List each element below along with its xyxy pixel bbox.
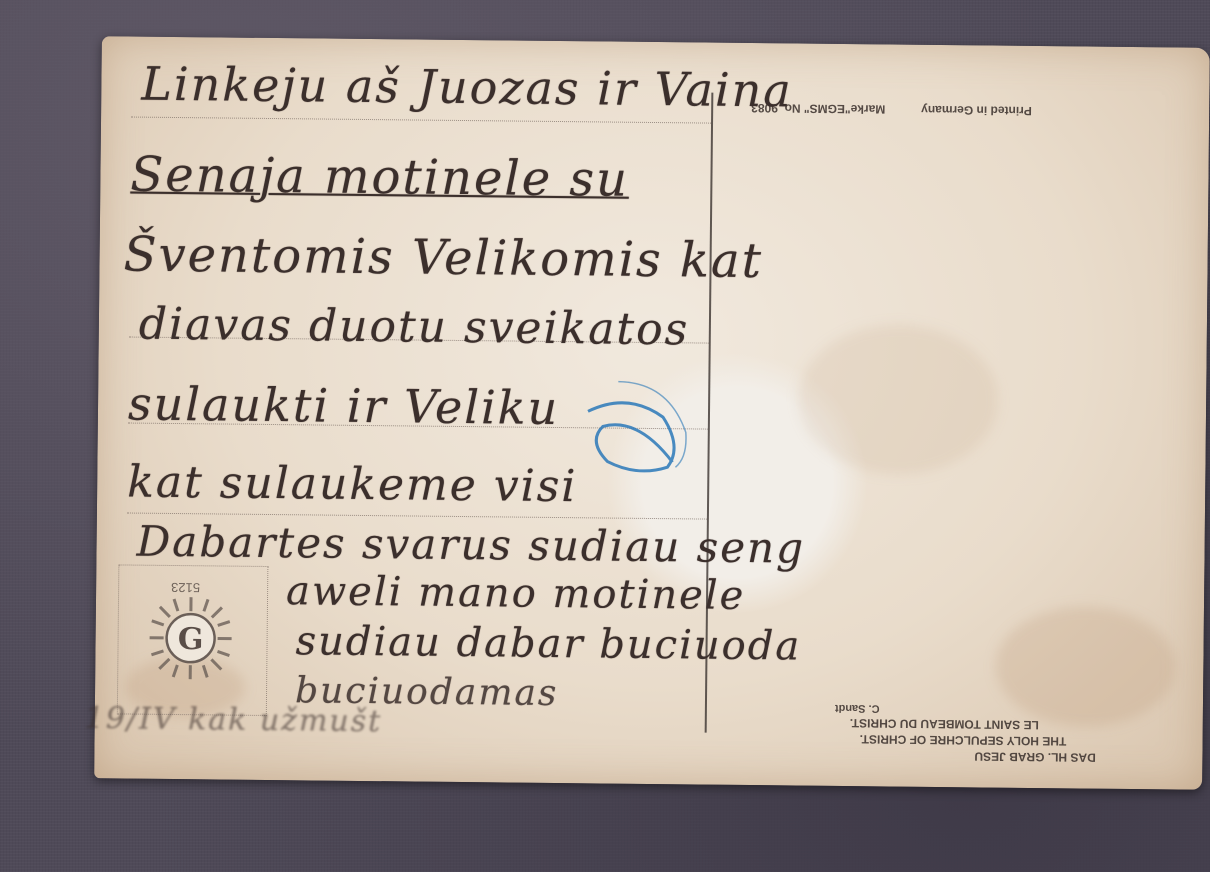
handwriting-line: diavas duotu sveikatos [139, 299, 690, 356]
age-stain [995, 606, 1176, 728]
postcard-back: Marke"EGMS" No. 9083 Printed in Germany … [94, 36, 1210, 790]
handwriting-line: aweli mano motinele [286, 568, 746, 619]
artist-mark: C. Sandt [835, 702, 880, 714]
handwriting-line: Dabartes svarus sudiau seng [136, 517, 805, 573]
handwriting-line-faded: 19/IV kak užmušt [85, 701, 383, 739]
svg-text:G: G [178, 622, 204, 657]
handwriting-line: sulaukti ir Veliku [128, 377, 560, 436]
origin-mark: Printed in Germany [921, 103, 1032, 118]
blue-pencil-mark [567, 371, 708, 492]
writing-guide-line [131, 117, 711, 124]
handwriting-line: Šventomis Velikomis kat [123, 226, 763, 289]
stamp-number: 5123 [171, 580, 200, 595]
handwriting-line: sudiau dabar buciuoda [295, 618, 801, 669]
age-stain [797, 324, 999, 476]
handwriting-line: Linkeju aš Juozas ir Vaina [141, 57, 793, 118]
caption-fr: LE SAINT TOMBEAU DU CHRIST. [850, 716, 1039, 732]
caption-de: DAS HL. GRAB JESU [974, 749, 1095, 764]
handwriting-line: kat sulaukeme visi [127, 457, 578, 513]
publisher-sun-logo-icon: G [147, 595, 234, 682]
handwriting-line: Senaja motinele su [130, 147, 629, 208]
caption-en: THE HOLY SEPULCHRE OF CHRIST. [860, 732, 1067, 748]
